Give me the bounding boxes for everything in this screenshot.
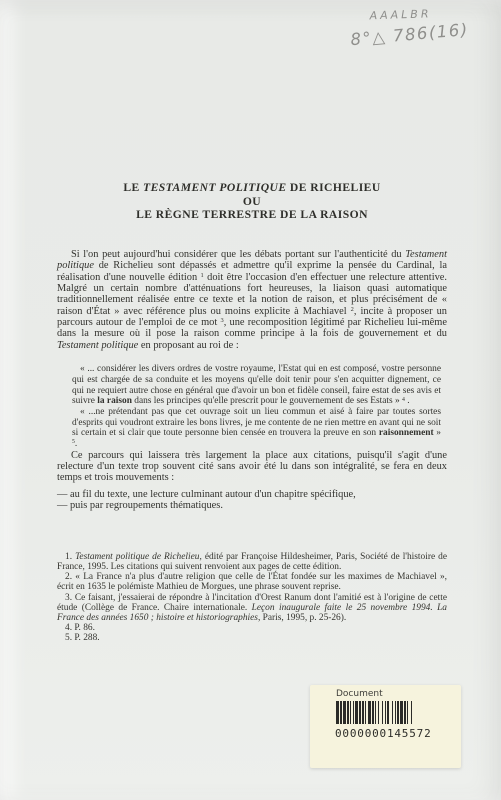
- article-body: Si l'on peut aujourd'hui considérer que …: [57, 249, 447, 511]
- quote-1: « ... considérer les divers ordres de vo…: [72, 364, 441, 407]
- footnote-3: 3. Ce faisant, j'essaierai de répondre à…: [57, 593, 447, 623]
- title-line-2: OU: [57, 195, 447, 209]
- article-title: LE TESTAMENT POLITIQUE DE RICHELIEU OU L…: [57, 181, 447, 222]
- list-item-2: — puis par regroupements thématiques.: [57, 500, 447, 511]
- handwritten-code: AAALBR: [369, 6, 469, 22]
- footnote-1: 1. Testament politique de Richelieu, édi…: [57, 552, 447, 572]
- paragraph-intro: Si l'on peut aujourd'hui considérer que …: [57, 249, 447, 351]
- title-line-1: LE TESTAMENT POLITIQUE DE RICHELIEU: [57, 181, 447, 195]
- quote-2: « ...ne prétendant pas que cet ouvrage s…: [72, 407, 441, 450]
- footnote-5: 5. P. 288.: [57, 633, 447, 643]
- quotation-block: « ... considérer les divers ordres de vo…: [72, 364, 441, 450]
- footnote-2: 2. « La France n'a plus d'autre religion…: [57, 572, 447, 592]
- barcode-bars-icon: [336, 701, 449, 724]
- barcode-sticker: Document 0000000145572: [310, 685, 461, 768]
- paragraph-plan: Ce parcours qui laissera très largement …: [57, 450, 447, 484]
- scanned-document-page: AAALBR 8°△ 786(16) LE TESTAMENT POLITIQU…: [0, 0, 501, 800]
- handwritten-shelfmark: AAALBR 8°△ 786(16): [349, 6, 470, 46]
- footnote-4: 4. P. 86.: [57, 623, 447, 633]
- title-line-3: LE RÈGNE TERRESTRE DE LA RAISON: [57, 208, 447, 222]
- barcode-number: 0000000145572: [335, 727, 432, 740]
- handwritten-callnumber: 8°△ 786(16): [350, 20, 471, 49]
- list-item-1: — au fil du texte, une lecture culminant…: [57, 489, 447, 500]
- footnotes-block: 1. Testament politique de Richelieu, édi…: [57, 552, 447, 643]
- barcode-label: Document: [336, 689, 383, 699]
